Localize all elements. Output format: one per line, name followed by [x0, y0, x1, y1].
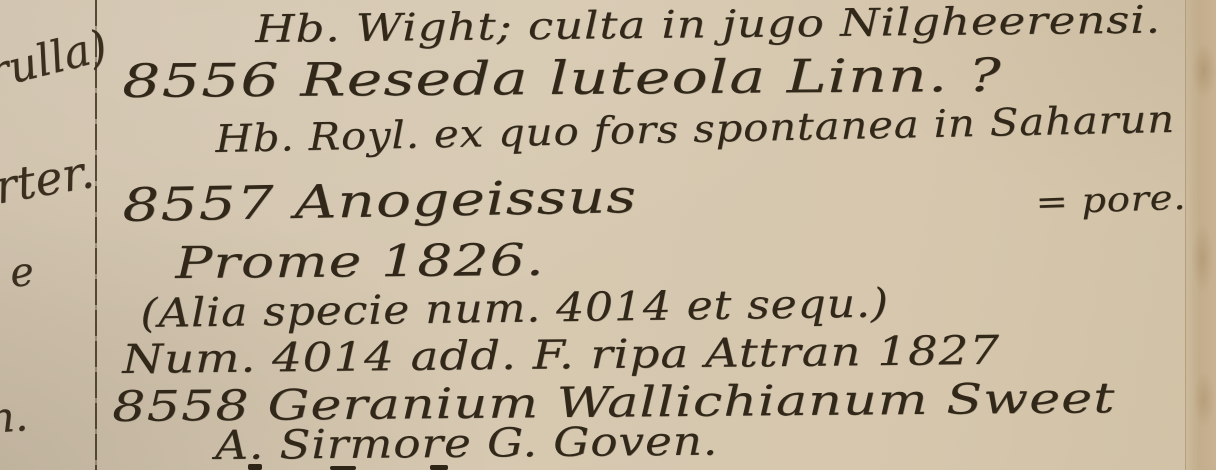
page-right-edge: [1185, 0, 1216, 470]
cutoff-stroke: [330, 466, 356, 470]
cutoff-stroke: [430, 465, 448, 470]
manuscript-line: Prome 1826.: [175, 239, 545, 286]
manuscript-line: Num. 4014 add. F. ripa Attran 1827: [122, 331, 1000, 380]
manuscript-line: = pore.: [1035, 181, 1187, 220]
margin-fragment: n.: [0, 395, 29, 440]
cutoff-stroke: [248, 464, 262, 470]
manuscript-page: orulla)orter.en. Hb. Wight; culta in jug…: [0, 0, 1216, 470]
manuscript-line: 8556 Reseda luteola Linn. ?: [122, 52, 1002, 104]
manuscript-line: (Alia specie num. 4014 et sequ.): [140, 284, 889, 334]
manuscript-line: A. Sirmore G. Goven.: [215, 422, 718, 466]
manuscript-line: 8557 Anogeissus: [122, 173, 637, 228]
margin-fragment: e: [8, 252, 36, 294]
manuscript-line: Hb. Wight; culta in jugo Nilgheerensi.: [255, 1, 1161, 48]
margin-fragment: orter.: [0, 148, 97, 215]
manuscript-line: Hb. Royl. ex quo fors spontanea in Sahar…: [215, 100, 1175, 158]
